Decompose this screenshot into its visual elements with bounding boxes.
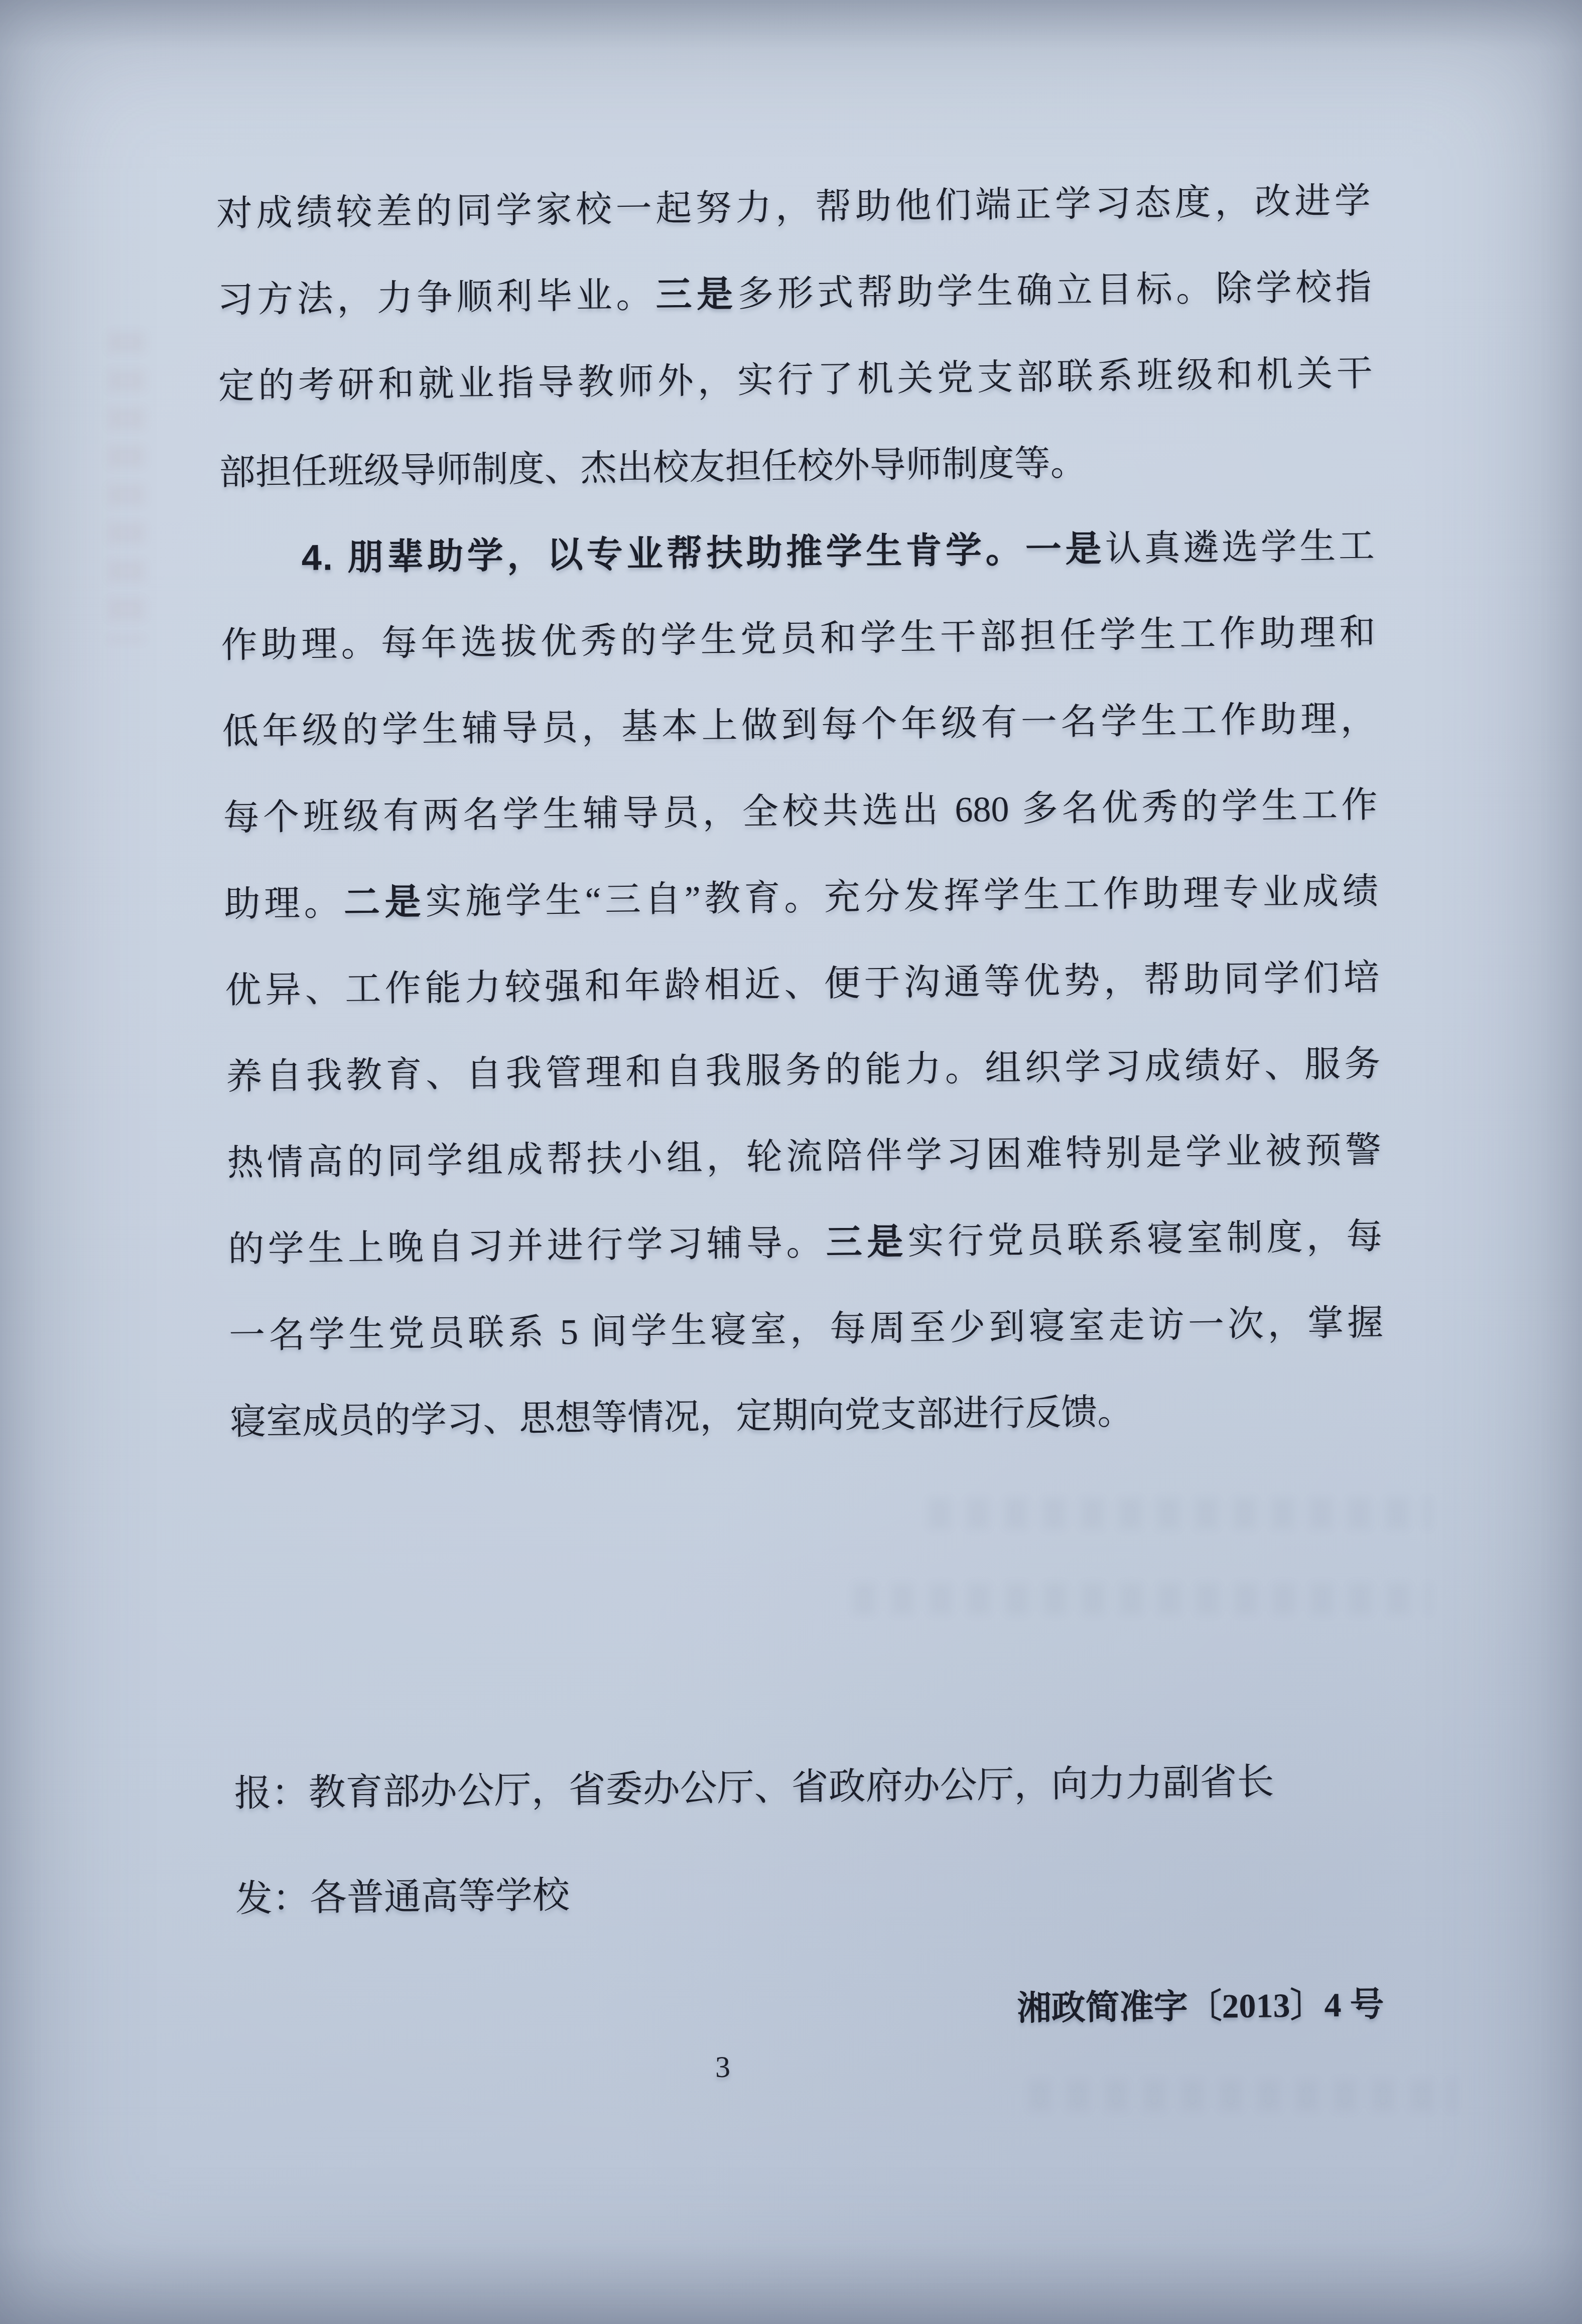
text-run: 低年级的学生辅导员，基本上做到每个年级有一名学生工作助理， [222,699,1377,752]
text-run: 每个班级有两名学生辅导员，全校共选出 680 多名优秀的学生工作 [223,785,1378,838]
doc-number: 湘政简准字〔2013〕4 号 [1017,1979,1384,2033]
text-run: 定的考研和就业指导教师外，实行了机关党支部联系班级和机关干 [218,353,1373,406]
report-line: 报：教育部办公厅，省委办公厅、省政府办公厅，向力力副省长 [234,1754,1274,1821]
text-run: 实施学生“三自”教育。充分发挥学生工作助理专业成绩 [425,871,1379,922]
text-run: 的学生上晚自习并进行学习辅导。 [228,1222,826,1270]
body-line: 低年级的学生辅导员，基本上做到每个年级有一名学生工作助理， [222,675,1377,775]
body-line: 4. 朋辈助学，以专业帮扶助推学生肯学。一是认真遴选学生工 [220,503,1375,602]
body-line: 一名学生党员联系 5 间学生寝室，每周至少到寝室走访一次，掌握 [228,1280,1384,1379]
text-run: 养自我教育、自我管理和自我服务的能力。组织学习成绩好、服务 [226,1044,1381,1097]
page-number: 3 [715,2042,730,2092]
text-run: 一名学生党员联系 5 间学生寝室，每周至少到寝室走访一次，掌握 [229,1303,1384,1356]
text-run: 优异、工作能力较强和年龄相近、便于沟通等优势，帮助同学们培 [225,958,1380,1011]
document-text-block: 对成绩较差的同学家校一起努力，帮助他们端正学习态度，改进学习方法，力争顺利毕业。… [216,158,1394,2278]
text-run: 热情高的同学组成帮扶小组，轮流陪伴学习困难特别是学业被预警 [227,1130,1382,1183]
body-line: 部担任班级导师制度、杰出校友担任校外导师制度等。 [219,417,1374,516]
body-line: 养自我教育、自我管理和自我服务的能力。组织学习成绩好、服务 [226,1021,1381,1120]
body-line: 热情高的同学组成帮扶小组，轮流陪伴学习困难特别是学业被预警 [226,1107,1382,1206]
distribute-line: 发：各普通高等学校 [235,1868,570,1927]
body-line: 优异、工作能力较强和年龄相近、便于沟通等优势，帮助同学们培 [225,934,1380,1034]
bold-run: 三是 [655,274,738,315]
body-paragraphs: 对成绩较差的同学家校一起努力，帮助他们端正学习态度，改进学习方法，力争顺利毕业。… [216,158,1385,1465]
body-line: 的学生上晚自习并进行学习辅导。三是实行党员联系寝室制度，每 [227,1193,1383,1293]
scanned-page: 对成绩较差的同学家校一起努力，帮助他们端正学习态度，改进学习方法，力争顺利毕业。… [0,0,1582,2324]
body-line: 寝室成员的学习、思想等情况，定期向党支部进行反馈。 [229,1366,1385,1465]
text-run: 寝室成员的学习、思想等情况，定期向党支部进行反馈。 [230,1392,1134,1442]
text-run: 习方法，力争顺利毕业。 [217,275,656,320]
text-run: 对成绩较差的同学家校一起努力，帮助他们端正学习态度，改进学 [216,181,1371,234]
text-run: 助理。 [224,883,344,924]
text-run: 多形式帮助学生确立目标。除学校指 [737,267,1372,314]
text-run: 部担任班级导师制度、杰出校友担任校外导师制度等。 [219,443,1087,493]
body-line: 定的考研和就业指导教师外，实行了机关党支部联系班级和机关干 [218,330,1373,430]
text-run: 实行党员联系寝室制度，每 [907,1216,1383,1262]
body-line: 助理。二是实施学生“三自”教育。充分发挥学生工作助理专业成绩 [224,848,1379,947]
text-run: 认真遴选学生工 [1105,526,1375,569]
bleed-through-smudge [108,331,145,642]
bold-run: 二是 [343,882,426,923]
body-line: 对成绩较差的同学家校一起努力，帮助他们端正学习态度，改进学 [216,158,1371,257]
text-run: 作助理。每年选拔优秀的学生党员和学生干部担任学生工作助理和 [221,612,1376,665]
body-line: 每个班级有两名学生辅导员，全校共选出 680 多名优秀的学生工作 [223,762,1378,861]
body-line: 作助理。每年选拔优秀的学生党员和学生干部担任学生工作助理和 [221,589,1376,689]
bold-run: 4. 朋辈助学，以专业帮扶助推学生肯学。一是 [301,529,1105,578]
body-line: 习方法，力争顺利毕业。三是多形式帮助学生确立目标。除学校指 [217,244,1372,343]
bold-run: 三是 [826,1222,908,1263]
